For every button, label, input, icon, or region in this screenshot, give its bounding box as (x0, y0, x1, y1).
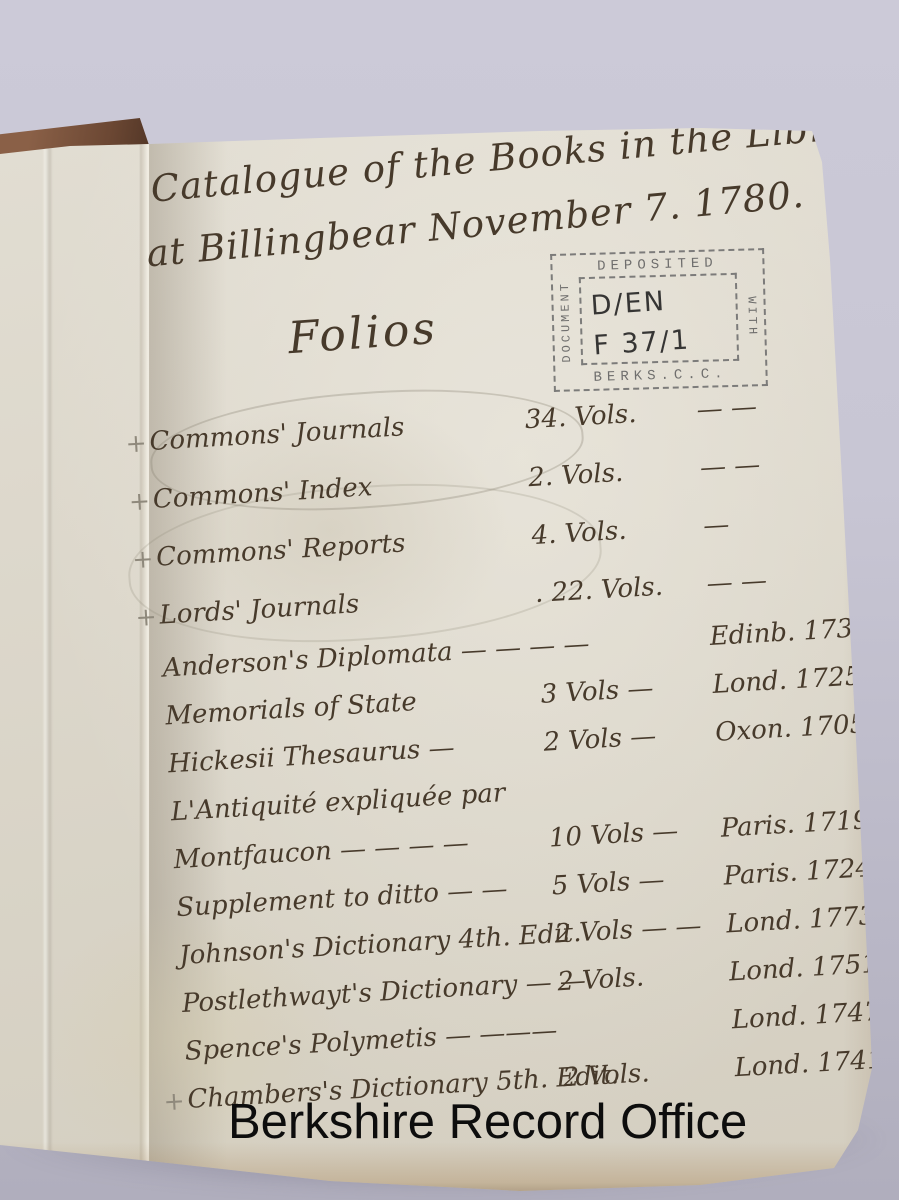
entry-title: Commons' Journals (149, 405, 526, 457)
watermark-caption: Berkshire Record Office (228, 1094, 747, 1150)
stamp-ref-line-2: F 37/1 (592, 320, 691, 366)
entry-imprint: Lond. 1725. (712, 659, 899, 700)
entry-imprint: Edinb. 1739. (709, 611, 898, 652)
entry-imprint: Lond. 1747. (731, 995, 899, 1036)
entry-imprint: — (702, 500, 891, 541)
entry-volumes: 2 Vols. (562, 1053, 735, 1093)
plus-mark-icon (127, 956, 179, 959)
archive-stamp: DEPOSITED DOCUMENT WITH BERKS.C.C. D/EN … (550, 248, 768, 392)
plus-mark-icon: + (104, 543, 158, 575)
plus-mark-icon (113, 717, 165, 720)
entry-imprint: — — (699, 443, 888, 484)
catalogue-title: Catalogue of the Books in the Library at… (148, 93, 877, 286)
entry-volumes (546, 781, 718, 791)
entry-volumes: 2 Vols — — (554, 910, 727, 950)
manuscript-page: Catalogue of the Books in the Library at… (0, 0, 899, 1200)
entry-imprint: Paris. 1724. (723, 851, 899, 892)
entry-volumes: . 22. Vols. (534, 569, 707, 609)
entry-imprint: — — (706, 558, 895, 599)
entry-title: Commons' Reports (155, 521, 532, 573)
plus-mark-icon: + (107, 601, 161, 633)
section-heading-folios: Folios (286, 303, 439, 364)
entry-imprint: Oxon. 1705. (714, 707, 899, 748)
stamp-label-document: DOCUMENT (552, 277, 580, 366)
entry-volumes: 2 Vols. (557, 958, 730, 998)
entry-volumes (560, 1020, 732, 1030)
catalogue-entries-list: + Commons' Journals 34. Vols. — — + Comm… (96, 371, 899, 1127)
entry-volumes: 2. Vols. (527, 453, 700, 493)
entry-imprint: Lond. 1773. (725, 899, 899, 940)
entry-volumes: 10 Vols — (548, 814, 721, 854)
photo-frame: Catalogue of the Books in the Library at… (0, 0, 899, 1200)
plus-mark-icon: + (135, 1085, 189, 1117)
entry-volumes: 4. Vols. (531, 511, 704, 551)
plus-mark-icon (111, 669, 163, 672)
plus-mark-icon (119, 812, 171, 815)
entry-imprint: Lond. 1751. (728, 947, 899, 988)
stamp-reference-number: D/EN F 37/1 (590, 281, 692, 367)
stamp-label-with: WITH (738, 272, 766, 361)
entry-volumes: 2 Vols — (543, 718, 716, 758)
plus-mark-icon (122, 860, 174, 863)
plus-mark-icon (130, 1004, 182, 1007)
plus-mark-icon (133, 1052, 185, 1055)
entry-imprint: Paris. 1719. (720, 803, 899, 844)
entry-volumes: 34. Vols. (524, 395, 697, 435)
entry-imprint: Lond. 1741. (734, 1043, 899, 1084)
entry-volumes: 5 Vols — (551, 862, 724, 902)
stamp-ref-line-1: D/EN (590, 281, 689, 327)
entry-title: Lords' Journals (159, 579, 536, 631)
entry-volumes: 3 Vols — (540, 670, 713, 710)
plus-mark-icon (125, 908, 177, 911)
entry-title: Commons' Index (152, 463, 529, 515)
plus-mark-icon: + (97, 427, 151, 459)
entry-imprint: — — (696, 385, 885, 426)
entry-imprint (718, 770, 899, 781)
plus-mark-icon: + (100, 485, 154, 517)
plus-mark-icon (116, 764, 168, 767)
